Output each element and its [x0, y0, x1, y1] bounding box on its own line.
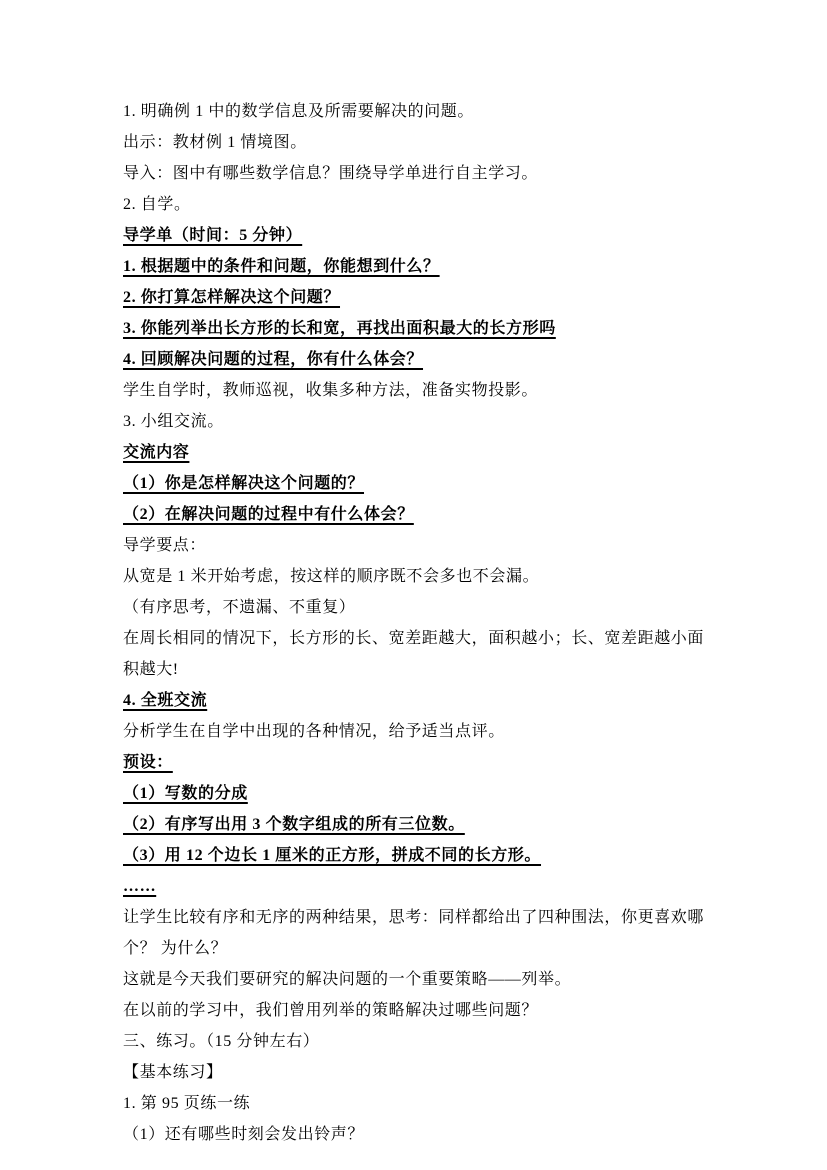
document-content: 1. 明确例 1 中的数学信息及所需要解决的问题。出示：教材例 1 情境图。导入… [123, 96, 707, 1150]
paragraph-text: 【基本练习】 [123, 1064, 223, 1081]
paragraph-emphasized: 4. 全班交流 [123, 685, 707, 716]
paragraph: 【基本练习】 [123, 1057, 707, 1088]
paragraph-emphasized: 2. 你打算怎样解决这个问题？ [123, 282, 707, 313]
paragraph-text: （有序思考，不遗漏、不重复） [123, 599, 355, 616]
paragraph-text: 导学单（时间：5 分钟） [123, 227, 302, 244]
paragraph-emphasized: 交流内容 [123, 437, 707, 468]
paragraph-emphasized: 3. 你能列举出长方形的长和宽，再找出面积最大的长方形吗 [123, 313, 707, 344]
paragraph-emphasized: （2）在解决问题的过程中有什么体会？ [123, 499, 707, 530]
paragraph: 2. 自学。 [123, 189, 707, 220]
paragraph: 导入：图中有哪些数学信息？围绕导学单进行自主学习。 [123, 158, 707, 189]
paragraph: 从宽是 1 米开始考虑，按这样的顺序既不会多也不会漏。 [123, 561, 707, 592]
paragraph: （1）还有哪些时刻会发出铃声？ [123, 1119, 707, 1150]
paragraph-text: 4. 全班交流 [123, 692, 207, 709]
paragraph-text: 分析学生在自学中出现的各种情况，给予适当点评。 [123, 723, 505, 740]
paragraph-text: 让学生比较有序和无序的两种结果，思考：同样都给出了四种围法，你更喜欢哪个？ 为什… [123, 909, 704, 957]
paragraph-text: 在周长相同的情况下，长方形的长、宽差距越大，面积越小；长、宽差距越小面积越大! [123, 630, 704, 678]
paragraph-emphasized: （1）写数的分成 [123, 778, 707, 809]
paragraph: 在周长相同的情况下，长方形的长、宽差距越大，面积越小；长、宽差距越小面积越大! [123, 623, 707, 685]
paragraph-emphasized: 导学单（时间：5 分钟） [123, 220, 707, 251]
paragraph-emphasized: 预设： [123, 747, 707, 778]
paragraph: （有序思考，不遗漏、不重复） [123, 592, 707, 623]
paragraph-text: 2. 你打算怎样解决这个问题？ [123, 289, 340, 306]
paragraph: 分析学生在自学中出现的各种情况，给予适当点评。 [123, 716, 707, 747]
paragraph-emphasized: （3）用 12 个边长 1 厘米的正方形，拼成不同的长方形。 [123, 840, 707, 871]
paragraph-emphasized: 1. 根据题中的条件和问题，你能想到什么？ [123, 251, 707, 282]
paragraph-text: 从宽是 1 米开始考虑，按这样的顺序既不会多也不会漏。 [123, 568, 539, 585]
paragraph: 1. 明确例 1 中的数学信息及所需要解决的问题。 [123, 96, 707, 127]
paragraph-emphasized: 4. 回顾解决问题的过程，你有什么体会？ [123, 344, 707, 375]
paragraph-text: 1. 明确例 1 中的数学信息及所需要解决的问题。 [123, 103, 474, 120]
paragraph-text: 1. 第 95 页练一练 [123, 1095, 250, 1112]
paragraph: 三、练习。（15 分钟左右） [123, 1026, 707, 1057]
paragraph-text: 交流内容 [123, 444, 189, 461]
paragraph-text: （3）用 12 个边长 1 厘米的正方形，拼成不同的长方形。 [123, 847, 541, 864]
paragraph: 3. 小组交流。 [123, 406, 707, 437]
paragraph-text: 导入：图中有哪些数学信息？围绕导学单进行自主学习。 [123, 165, 538, 182]
paragraph: 在以前的学习中，我们曾用列举的策略解决过哪些问题？ [123, 995, 707, 1026]
paragraph: 1. 第 95 页练一练 [123, 1088, 707, 1119]
paragraph: 学生自学时，教师巡视，收集多种方法，准备实物投影。 [123, 375, 707, 406]
paragraph-text: 这就是今天我们要研究的解决问题的一个重要策略——列举。 [123, 971, 571, 988]
paragraph-text: 1. 根据题中的条件和问题，你能想到什么？ [123, 258, 440, 275]
paragraph-text: （2）在解决问题的过程中有什么体会？ [123, 506, 414, 523]
paragraph-text: （1）写数的分成 [123, 785, 248, 802]
paragraph-text: 3. 小组交流。 [123, 413, 224, 430]
paragraph-text: 导学要点： [123, 537, 206, 554]
paragraph-text: 在以前的学习中，我们曾用列举的策略解决过哪些问题？ [123, 1002, 538, 1019]
paragraph: 这就是今天我们要研究的解决问题的一个重要策略——列举。 [123, 964, 707, 995]
paragraph-text: （1）你是怎样解决这个问题的？ [123, 475, 364, 492]
paragraph-text: 3. 你能列举出长方形的长和宽，再找出面积最大的长方形吗 [123, 320, 556, 337]
paragraph-text: 出示：教材例 1 情境图。 [123, 134, 307, 151]
paragraph-emphasized: …… [123, 871, 707, 902]
paragraph-emphasized: （2）有序写出用 3 个数字组成的所有三位数。 [123, 809, 707, 840]
paragraph-text: …… [123, 878, 156, 895]
paragraph: 让学生比较有序和无序的两种结果，思考：同样都给出了四种围法，你更喜欢哪个？ 为什… [123, 902, 707, 964]
paragraph: 导学要点： [123, 530, 707, 561]
paragraph-text: 学生自学时，教师巡视，收集多种方法，准备实物投影。 [123, 382, 538, 399]
paragraph-text: 预设： [123, 754, 173, 771]
paragraph-text: （1）还有哪些时刻会发出铃声？ [123, 1126, 364, 1143]
paragraph-text: 三、练习。（15 分钟左右） [123, 1033, 319, 1050]
paragraph-text: 2. 自学。 [123, 196, 191, 213]
paragraph: 出示：教材例 1 情境图。 [123, 127, 707, 158]
document-page: 1. 明确例 1 中的数学信息及所需要解决的问题。出示：教材例 1 情境图。导入… [0, 0, 827, 1170]
paragraph-emphasized: （1）你是怎样解决这个问题的？ [123, 468, 707, 499]
paragraph-text: 4. 回顾解决问题的过程，你有什么体会？ [123, 351, 423, 368]
paragraph-text: （2）有序写出用 3 个数字组成的所有三位数。 [123, 816, 465, 833]
